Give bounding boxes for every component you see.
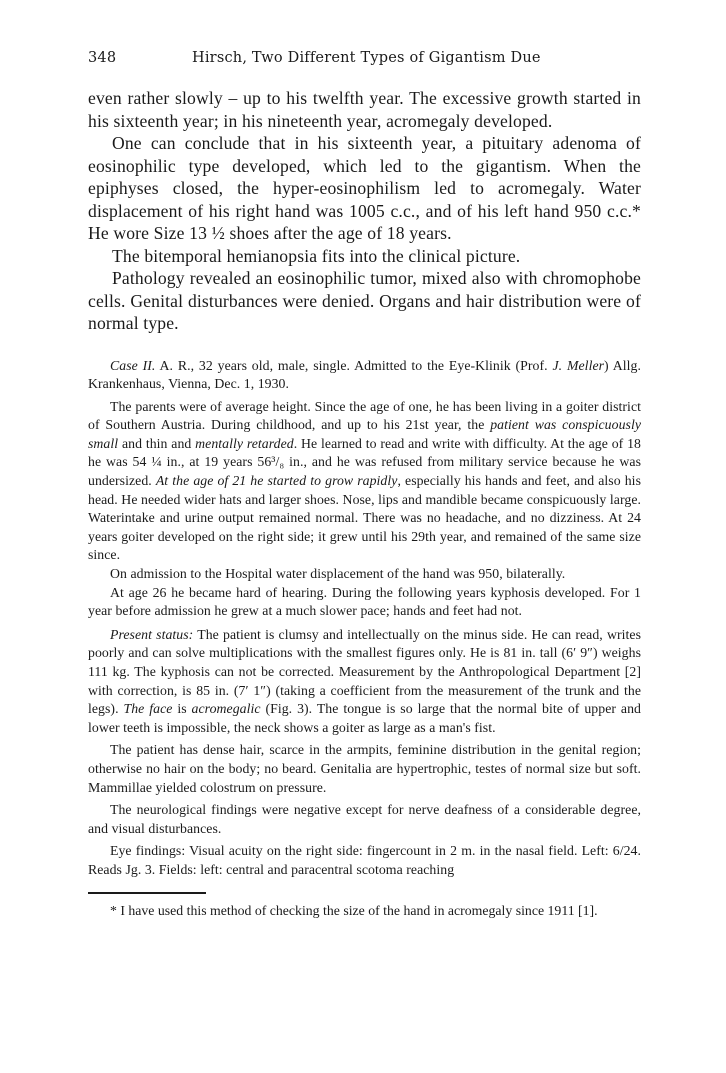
paragraph-hair: The patient has dense hair, scarce in th… [88, 741, 641, 797]
paragraph-conclusion: One can conclude that in his sixteenth y… [88, 132, 641, 245]
footnote-divider [88, 892, 206, 894]
paragraph-present-status: Present status: The patient is clumsy an… [88, 626, 641, 738]
paragraph-hearing: At age 26 he became hard of hearing. Dur… [88, 584, 641, 621]
page-number: 348 [88, 50, 116, 66]
history-text-b: and thin and [118, 436, 195, 451]
status-text-b: is [172, 701, 191, 716]
case-label: Case II. [110, 358, 155, 373]
paragraph-admission: On admission to the Hospital water displ… [88, 565, 641, 584]
case-intro-text-a: A. R., 32 years old, male, single. Admit… [155, 358, 552, 373]
paragraph-pathology: Pathology revealed an eosinophilic tumor… [88, 267, 641, 335]
present-status-label: Present status: [110, 627, 193, 642]
paragraph-growth: even rather slowly – up to his twelfth y… [88, 87, 641, 132]
footnote: * I have used this method of checking th… [88, 902, 641, 921]
paragraph-history: The parents were of average height. Sinc… [88, 398, 641, 565]
paragraph-hemianopsia: The bitemporal hemianopsia fits into the… [88, 245, 641, 268]
status-emphasis-face: The face [123, 701, 172, 716]
history-emphasis-growth: At the age of 21 he started to grow rapi… [156, 473, 398, 488]
case-prof-name: J. Meller [552, 358, 604, 373]
running-title: Hirsch, Two Different Types of Gigantism… [192, 50, 541, 66]
paragraph-eye-findings: Eye findings: Visual acuity on the right… [88, 842, 641, 879]
case-intro: Case II. A. R., 32 years old, male, sing… [88, 357, 641, 394]
document-page: 348 Hirsch, Two Different Types of Gigan… [88, 50, 641, 920]
history-emphasis-retarded: mentally retarded [195, 436, 294, 451]
page-header: 348 Hirsch, Two Different Types of Gigan… [88, 50, 641, 74]
paragraph-neurological: The neurological findings were negative … [88, 801, 641, 838]
status-emphasis-acromegalic: acromegalic [192, 701, 261, 716]
